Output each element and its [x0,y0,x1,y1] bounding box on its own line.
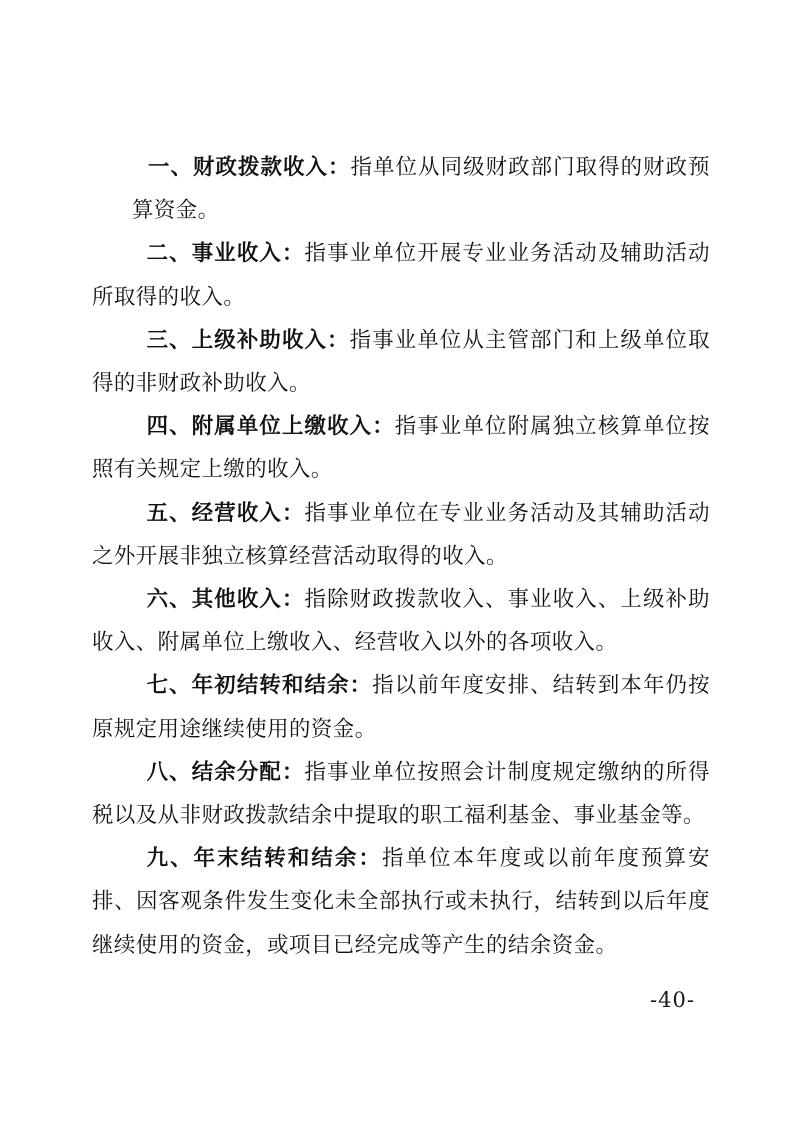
definition-paragraph-4: 四、附属单位上缴收入：指事业单位附属独立核算单位按照有关规定上缴的收入。 [92,405,710,491]
definition-paragraph-8: 八、结余分配：指事业单位按照会计制度规定缴纳的所得税以及从非财政拨款结余中提取的… [92,751,710,837]
definition-paragraph-2: 二、事业收入：指事业单位开展专业业务活动及辅助活动所取得的收入。 [92,232,710,318]
text-content: 一、财政拨款收入：指单位从同级财政部门取得的财政预算资金。 二、事业收入：指事业… [92,146,710,967]
term-label: 六、其他收入： [147,587,305,612]
document-page: 一、财政拨款收入：指单位从同级财政部门取得的财政预算资金。 二、事业收入：指事业… [0,0,793,1122]
term-label: 七、年初结转和结余： [147,673,373,698]
term-label: 二、事业收入： [147,241,305,266]
term-label: 八、结余分配： [147,760,305,785]
term-label: 三、上级补助收入： [147,328,350,353]
definition-paragraph-6: 六、其他收入：指除财政拨款收入、事业收入、上级补助收入、附属单位上缴收入、经营收… [92,578,710,664]
term-label: 九、年末结转和结余： [147,846,382,871]
term-label: 五、经营收入： [147,501,305,526]
term-label: 四、附属单位上缴收入： [147,414,395,439]
page-number: -40- [650,988,695,1012]
definition-paragraph-5: 五、经营收入：指事业单位在专业业务活动及其辅助活动之外开展非独立核算经营活动取得… [92,492,710,578]
definition-paragraph-3: 三、上级补助收入：指事业单位从主管部门和上级单位取得的非财政补助收入。 [92,319,710,405]
definition-paragraph-7: 七、年初结转和结余：指以前年度安排、结转到本年仍按原规定用途继续使用的资金。 [92,664,710,750]
definition-paragraph-9: 九、年末结转和结余：指单位本年度或以前年度预算安排、因客观条件发生变化未全部执行… [92,837,710,967]
term-label: 一、财政拨款收入： [148,155,351,180]
definition-paragraph-1: 一、财政拨款收入：指单位从同级财政部门取得的财政预算资金。 [132,146,710,232]
